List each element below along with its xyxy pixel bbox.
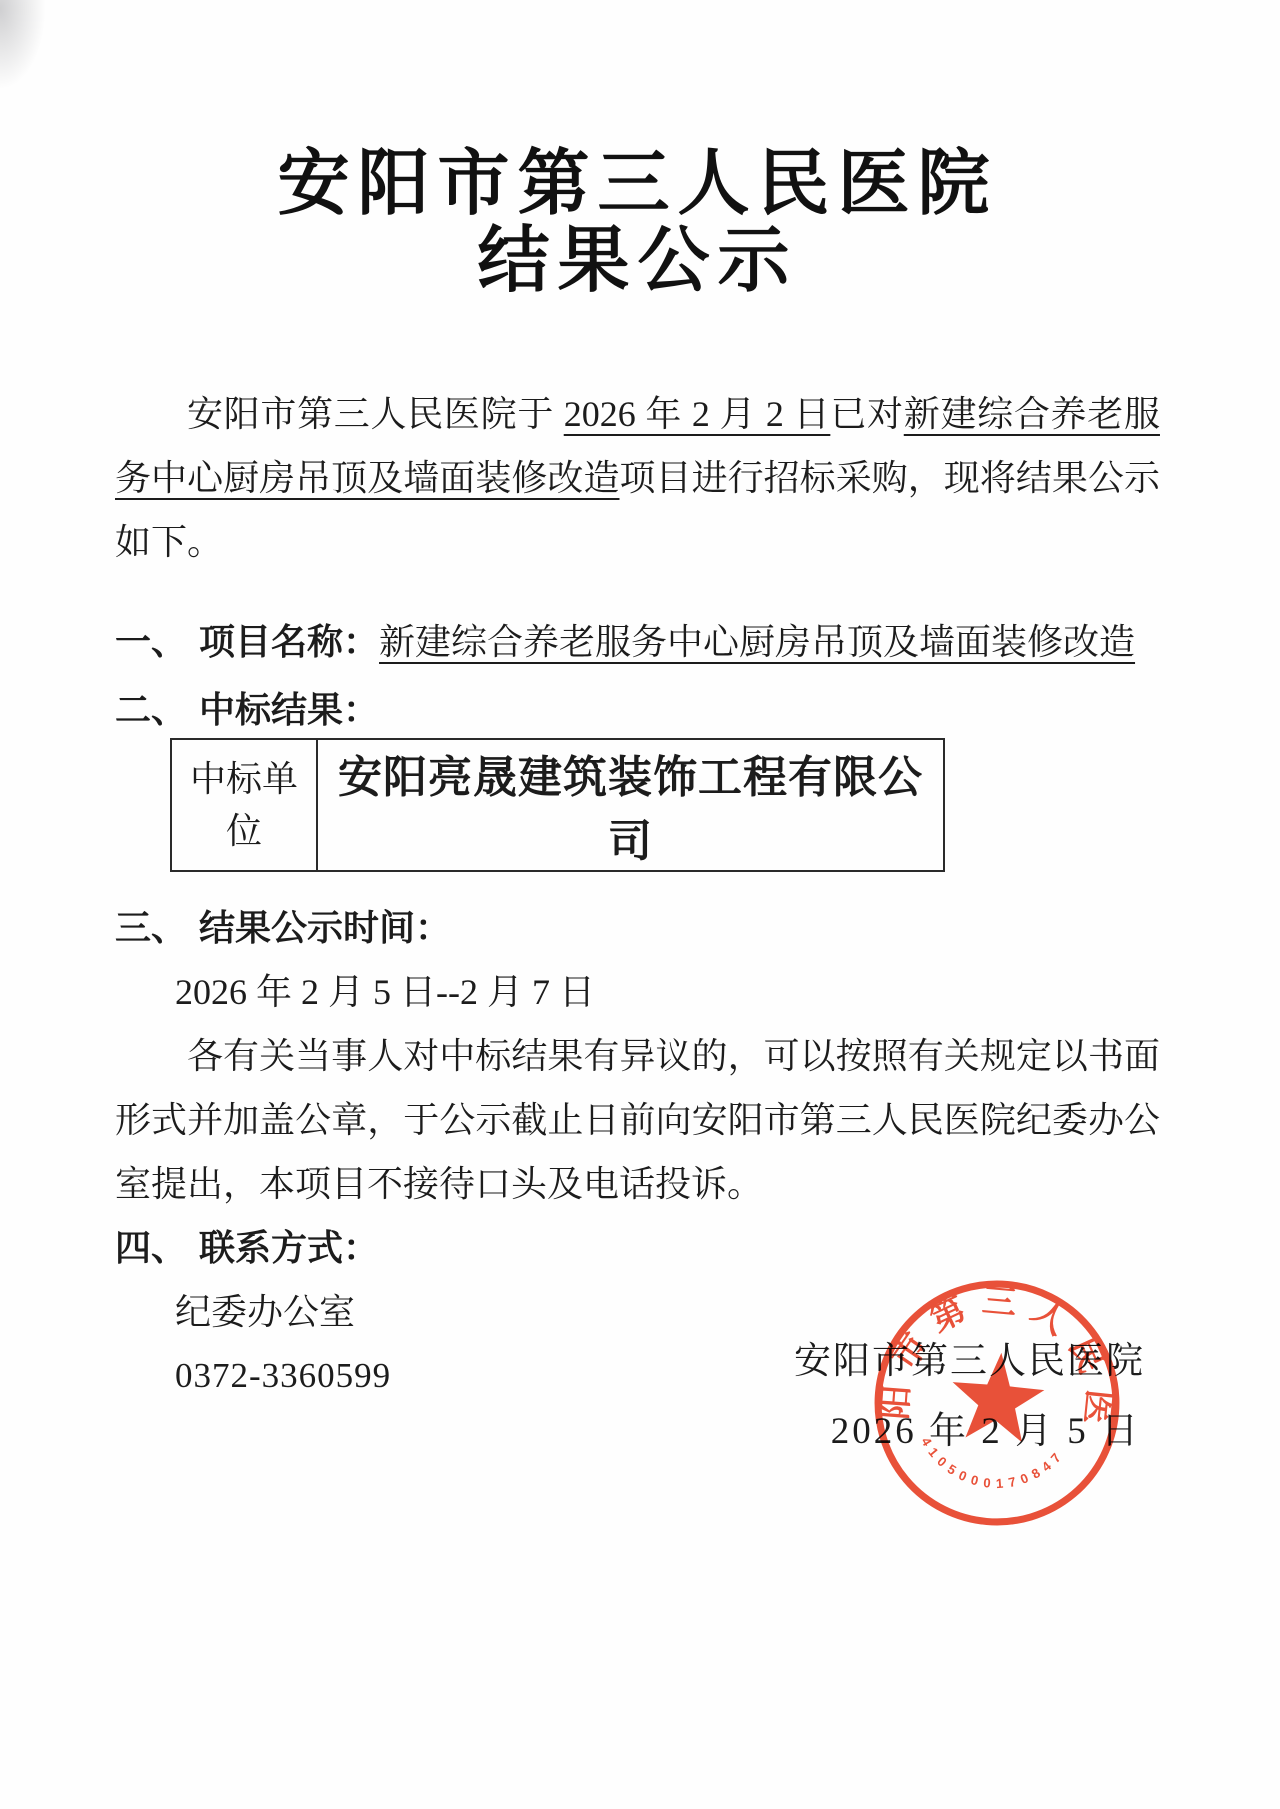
document-page: 安阳市第三人民医院 结果公示 安阳市第三人民医院于 2026 年 2 月 2 日… (0, 0, 1280, 1809)
section-bid-result: 二、中标结果： (115, 682, 1160, 738)
document-content: 安阳市第三人民医院 结果公示 安阳市第三人民医院于 2026 年 2 月 2 日… (0, 0, 1280, 1408)
project-name-value: 新建综合养老服务中心厨房吊顶及墙面装修改造 (379, 622, 1135, 662)
objection-paragraph: 各有关当事人对中标结果有异议的，可以按照有关规定以书面形式并加盖公章，于公示截止… (115, 1024, 1160, 1216)
title-line-1: 安阳市第三人民医院 (115, 146, 1160, 223)
section4-heading: 联系方式： (199, 1228, 379, 1268)
section2-heading: 中标结果： (199, 690, 379, 730)
intro-text-mid: 已对 (830, 394, 903, 434)
winner-label-cell: 中标单位 (171, 739, 317, 871)
section-project-name: 一、项目名称：新建综合养老服务中心厨房吊顶及墙面装修改造 (115, 610, 1160, 674)
intro-paragraph: 安阳市第三人民医院于 2026 年 2 月 2 日已对新建综合养老服务中心厨房吊… (115, 382, 1160, 574)
section2-number: 二、 (115, 690, 187, 730)
document-title: 安阳市第三人民医院 结果公示 (115, 0, 1160, 300)
section1-heading: 项目名称： (199, 622, 379, 662)
intro-text-pre: 安阳市第三人民医院于 (187, 394, 564, 434)
table-row: 中标单位 安阳亮晟建筑装饰工程有限公司 (171, 739, 944, 871)
bid-result-table: 中标单位 安阳亮晟建筑装饰工程有限公司 (170, 738, 945, 872)
section1-number: 一、 (115, 622, 187, 662)
official-seal: 安阳市第三人民医院 4105000170847 (855, 1261, 1139, 1545)
section3-heading: 结果公示时间： (199, 908, 451, 948)
svg-text:4105000170847: 4105000170847 (915, 1434, 1069, 1497)
section-publicity-time: 三、结果公示时间： (115, 896, 1160, 960)
seal-star-icon (948, 1349, 1047, 1444)
publicity-period: 2026 年 2 月 5 日--2 月 7 日 (115, 960, 1160, 1024)
section-contact: 四、联系方式： (115, 1216, 1160, 1280)
intro-bid-date: 2026 年 2 月 2 日 (564, 394, 831, 434)
title-line-2: 结果公示 (115, 223, 1160, 300)
section4-number: 四、 (115, 1228, 187, 1268)
winner-name-cell: 安阳亮晟建筑装饰工程有限公司 (317, 739, 944, 871)
seal-number: 4105000170847 (915, 1434, 1069, 1497)
section3-number: 三、 (115, 908, 187, 948)
